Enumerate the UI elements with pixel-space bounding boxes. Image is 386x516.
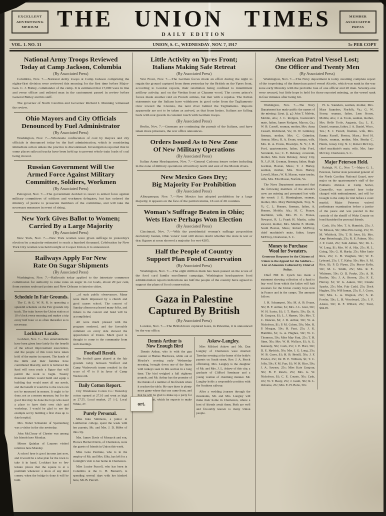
byline: (By Associated Press) bbox=[13, 270, 130, 275]
byline: (By Associated Press) bbox=[13, 187, 130, 192]
divider-rule bbox=[14, 291, 128, 292]
article-headline: New York Gives Ballot to Women; Carried … bbox=[13, 215, 130, 230]
fine-print-paragraph: The football game played at the fair gro… bbox=[73, 357, 127, 379]
body-paragraph: Washington, Nov. 7.—Railroads today appl… bbox=[13, 276, 130, 289]
sub-column-left: Schedule In Fair Grounds.The C. & G. W. … bbox=[13, 293, 71, 484]
article-headline: Half the People of Country Support Plan … bbox=[136, 248, 253, 263]
divider-rule bbox=[137, 289, 251, 290]
body-paragraph: Washington, Nov. 7.—Wholesale confiscati… bbox=[13, 136, 130, 158]
divider-rule bbox=[75, 349, 126, 350]
fine-print-paragraph: Miss Mildred Askew and Mr. Dan Langley o… bbox=[196, 345, 250, 388]
divider-rule bbox=[262, 242, 313, 243]
byline: (By Associated Press) bbox=[136, 224, 253, 229]
newspaper-title: THE UNION TIMES bbox=[49, 8, 340, 31]
columns: National Army Troops Reviewed Today at C… bbox=[5, 52, 384, 513]
fine-print-paragraph: A school here is good income just now, a… bbox=[15, 452, 69, 482]
byline: (By Associated Press) bbox=[136, 72, 253, 77]
advertising-box-line: MEDIUM bbox=[14, 25, 47, 30]
divider-rule bbox=[321, 158, 372, 159]
section-heading: Football Result. bbox=[73, 351, 127, 356]
fine-print-paragraph: Miss Louise Purcell, who has been in Col… bbox=[73, 465, 127, 482]
headline-deck: Generous Response by the Citizens of Uni… bbox=[261, 255, 315, 272]
scanned-newspaper: EXCELLENT ADVERTISING MEDIUM THE UNION T… bbox=[0, 0, 386, 516]
section-heading: Money to Purchase Wool for Sweaters. bbox=[261, 244, 315, 254]
body-paragraph: Washington, Nov. 7.—The eight million ma… bbox=[136, 269, 253, 287]
section-heading: Schedule In Fair Grounds. bbox=[15, 295, 69, 300]
fine-print-paragraph: Misses Quinlan of Laurens visited relati… bbox=[15, 442, 69, 451]
fine-print-paragraph: Raleigh, N. C., Nov. 7.—Major G. L. Pete… bbox=[319, 166, 373, 222]
article-headline-big: Gaza in Palestine Captured By British bbox=[136, 294, 253, 317]
divider-rule bbox=[14, 160, 128, 161]
divider-rule bbox=[14, 212, 128, 213]
fine-print-paragraph: Miss Inka Simmons, a junior at Lumberton… bbox=[73, 417, 127, 434]
fine-print-paragraph: Cash, 10c; Mrs. T. A. Hamrick, 25c; J. W… bbox=[319, 224, 373, 311]
sub-columns: Dennis Arthur is Now Enough BirdDennis A… bbox=[136, 337, 253, 418]
body-paragraph: Italian Army Headquarters, Nov. 7.—Gener… bbox=[136, 159, 253, 168]
divider-rule bbox=[137, 335, 251, 336]
advertising-medium-box: EXCELLENT ADVERTISING MEDIUM bbox=[12, 11, 49, 34]
fine-print-paragraph: Chief Hill D. Lynch has made a statement… bbox=[261, 274, 315, 300]
sub-columns: Washington, Nov. 7.—The Navy Department … bbox=[259, 103, 376, 389]
article-headline: National Army Troops Reviewed Today at C… bbox=[13, 56, 130, 71]
fine-print-paragraph: All were much pleased with the program r… bbox=[73, 321, 127, 347]
edition-label: DAILY EDITION bbox=[49, 32, 340, 38]
body-paragraph: Albuquerque, Nov. 7.—New Mexico has adop… bbox=[136, 195, 253, 204]
city-date-line: UNION, S. C., WEDNESDAY, NOV. 7, 1917 bbox=[153, 42, 237, 47]
section-heading: Dennis Arthur is Now Enough Bird bbox=[138, 339, 192, 349]
fine-print-paragraph: Mrs. James Davis of Monarch and son, Hor… bbox=[73, 436, 127, 449]
section-heading: Purely Personal. bbox=[73, 411, 127, 416]
scan-artifact-left-edge bbox=[0, 300, 6, 516]
byline: (By Associated Press) bbox=[13, 131, 130, 136]
sub-columns: Schedule In Fair Grounds.The C. & G. W. … bbox=[13, 293, 130, 484]
body-paragraph: London, Nov. 7.—The British have capture… bbox=[136, 324, 253, 333]
fine-print-paragraph: H. G. Saunders, seaman, mother, Mrs. Mar… bbox=[319, 103, 373, 155]
divider-rule bbox=[14, 252, 128, 253]
byline: (By Associated Press) bbox=[136, 119, 253, 124]
body-paragraph: New York, Nov. 7.—New York women were gi… bbox=[13, 236, 130, 249]
sub-column-right: Askew-Langley.Miss Mildred Askew and Mr.… bbox=[194, 337, 253, 418]
dateline-row: VOL. 1. NO. 31 UNION, S. C., WEDNESDAY, … bbox=[10, 40, 379, 49]
section-heading: Lockhart Locals. bbox=[15, 332, 69, 337]
article-headline: New Mexico Goes Dry; Big Majority For Pr… bbox=[136, 173, 253, 188]
divider-rule bbox=[14, 112, 128, 113]
fine-print-paragraph: Miss Lena Perrinne, who is in the employ… bbox=[73, 451, 127, 464]
paste-label: ort. bbox=[131, 397, 153, 412]
masthead-center: THE UNION TIMES DAILY EDITION bbox=[49, 8, 340, 38]
fold-crease bbox=[209, 3, 211, 67]
body-paragraph: War Front, Nov. 7.—The German forces mad… bbox=[136, 77, 253, 117]
byline: (By Associated Press) bbox=[259, 72, 376, 77]
fine-print-paragraph: J. H. Schumpert, 50c; M. A. B. Evans, 50… bbox=[261, 301, 315, 388]
article-headline: American Patrol Vessel Lost; One Officer… bbox=[259, 56, 376, 71]
sub-column-left: Washington, Nov. 7.—The Navy Department … bbox=[259, 103, 317, 389]
divider-rule bbox=[75, 381, 126, 382]
fine-print-paragraph: Mrs. Nabel Schneider of Spartanburg was … bbox=[15, 422, 69, 431]
article-headline: Railways Apply For New Rate On Sugar Shi… bbox=[13, 254, 130, 269]
price-label: 5c PER COPY bbox=[348, 42, 376, 47]
divider-rule bbox=[260, 101, 374, 102]
divider-rule bbox=[16, 329, 67, 330]
masthead: EXCELLENT ADVERTISING MEDIUM THE UNION T… bbox=[5, 3, 384, 38]
divider-rule bbox=[137, 170, 251, 171]
sub-column-right: H. G. Saunders, seaman, mother, Mrs. Mar… bbox=[317, 103, 376, 389]
fine-print-paragraph: John McCleary of Chester was among his f… bbox=[15, 432, 69, 441]
section-heading: Daily Cotton Report. bbox=[73, 383, 127, 388]
body-paragraph: The governor of North Carolina and Gover… bbox=[13, 101, 130, 110]
article-headline: Ohio Mayors and City Officials Denounced… bbox=[13, 114, 130, 129]
article-headline: Russian Government Will Use Armed Force … bbox=[13, 163, 130, 186]
fine-print-paragraph: City Warehouse Cotton Co.: Yesterday cot… bbox=[73, 389, 127, 406]
article-headline: Little Activity on Ypres Front; Italians… bbox=[136, 56, 253, 71]
body-paragraph: Washington, Nov. 7.—The Navy department … bbox=[259, 77, 376, 99]
divider-rule bbox=[137, 205, 251, 206]
sub-column-right: ...of such public observances. Many were… bbox=[71, 293, 130, 484]
byline: (By Associated Press) bbox=[136, 154, 253, 159]
column-3: American Patrol Vessel Lost; One Officer… bbox=[256, 53, 379, 513]
column-2: Little Activity on Ypres Front; Italians… bbox=[133, 53, 256, 513]
byline: (By Associated Press) bbox=[136, 264, 253, 269]
advertising-box-line: EXCELLENT bbox=[14, 14, 47, 19]
divider-rule bbox=[137, 135, 251, 136]
associated-press-box: MEMBER ASSOCIATED PRESS bbox=[340, 11, 377, 34]
body-paragraph: Cincinnati, Nov. 7.—With the presidentia… bbox=[136, 230, 253, 243]
body-paragraph: Petrograd, Nov. 7.—The government decide… bbox=[13, 192, 130, 210]
byline: (By Associated Press) bbox=[13, 231, 130, 236]
fine-print-paragraph: Lockhart, Nov. 7.—Two entertainments hav… bbox=[15, 338, 69, 421]
volume-number: VOL. 1. NO. 31 bbox=[12, 42, 42, 47]
fine-print-paragraph: Washington, Nov. 7.—The Navy Department … bbox=[261, 103, 315, 181]
fine-print-paragraph: The Navy Department announced that the f… bbox=[261, 183, 315, 239]
article-headline: Woman's Suffrage Beaten in Ohio; Wets Ha… bbox=[136, 208, 253, 223]
section-heading: Major Peterson Held. bbox=[319, 160, 373, 165]
newspaper-page: EXCELLENT ADVERTISING MEDIUM THE UNION T… bbox=[5, 3, 384, 513]
body-paragraph: Berlin, Nov. 7.—Germans are continuing t… bbox=[136, 124, 253, 133]
divider-rule bbox=[75, 409, 126, 410]
byline: (By Associated Press) bbox=[136, 189, 253, 194]
byline: (By Associated Press) bbox=[136, 319, 253, 324]
ap-box-line: PRESS bbox=[342, 25, 375, 30]
fine-print-paragraph: ...of such public observances. Many were… bbox=[73, 293, 127, 319]
article-headline: Orders Issued As to New Zone Of New Mili… bbox=[136, 138, 253, 153]
body-paragraph: Columbia, Nov. 7.—National Army troops a… bbox=[13, 77, 130, 99]
section-heading: Askew-Langley. bbox=[196, 339, 250, 344]
column-1: National Army Troops Reviewed Today at C… bbox=[10, 53, 133, 513]
fine-print-paragraph: The C. & G. W. R. R. is operating a sple… bbox=[15, 301, 69, 327]
byline: (By Associated Press) bbox=[13, 72, 130, 77]
divider-rule bbox=[137, 245, 251, 246]
fine-print-paragraph: After a wedding journey through the moun… bbox=[196, 390, 250, 416]
